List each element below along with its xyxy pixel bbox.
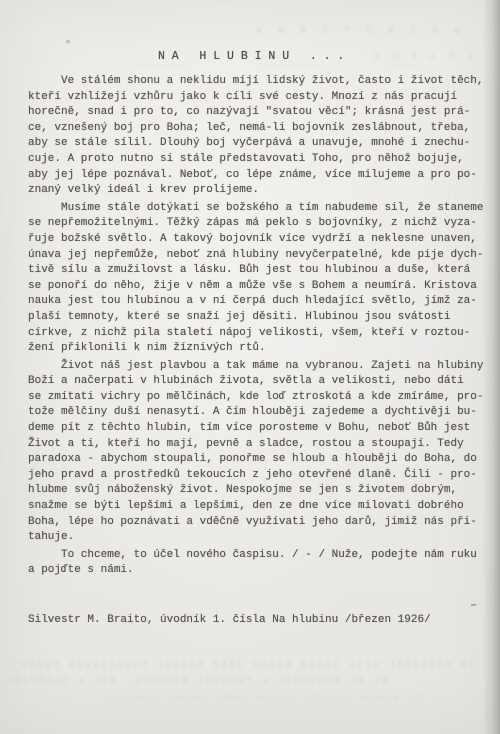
bleedthrough-ghost-text: ja podejmet vtls intag einto jmte nalver…	[35, 660, 475, 671]
paragraph: Musíme stále dotýkati se božského a tím …	[28, 201, 488, 357]
paragraph: To chceme, to účel nového časpisu. / - /…	[28, 548, 488, 579]
text-line: Musíme stále dotýkati se božského a tím …	[28, 201, 488, 217]
document-body: Ve stálém shonu a neklidu míjí lidský ži…	[28, 74, 488, 581]
text-line: plaší temnoty, které se snaží jej děsiti…	[28, 310, 488, 326]
text-line: se zmítati vichry po mělčinách, kde loď …	[28, 390, 488, 406]
text-line: aby jej lépe poznával. Neboť, co lépe zn…	[28, 168, 488, 184]
text-line: Ve stálém shonu a neklidu míjí lidský ži…	[28, 74, 488, 90]
text-line: Život a ti, kteří ho mají, pevně a sladc…	[28, 437, 488, 453]
text-line: cuje. A proto nutno si stále představova…	[28, 152, 488, 168]
text-line: únava jej nepřemůže, neboť zná hlubiny n…	[28, 248, 488, 264]
text-line: aby se stále sílil. Dlouhý boj vyčerpává…	[28, 136, 488, 152]
text-line: tahuje.	[28, 530, 488, 546]
text-line: snažme se býti lepšími a lepšími, den ze…	[28, 499, 488, 515]
text-line: řuje božské světlo. A takový bojovník ví…	[28, 232, 488, 248]
text-line: Boží a načerpati v hlubinách života, svě…	[28, 374, 488, 390]
text-line: žení přiklonili k nim žíznivých rtů.	[28, 341, 488, 357]
text-line: Život náš jest plavbou a tak máme na vyb…	[28, 359, 488, 375]
text-line: znaný velký ideál i krev prolijeme.	[28, 183, 488, 199]
bleedthrough-ghost-text: to ktere svrchu cisle jako nejen vratili	[112, 693, 422, 704]
text-line: se nepřemožitelnými. Těžký zápas má pekl…	[28, 216, 488, 232]
text-line: ce, vznešený boj pro Boha; leč, nemá-li …	[28, 121, 488, 137]
bleedthrough-ghost-text: I M X A O E	[338, 52, 473, 62]
text-line: Boha, lépe ho poznávati a vděčně využíva…	[28, 515, 488, 531]
text-line: horečně, snad i pro to, co nazývají "sva…	[28, 105, 488, 121]
bleedthrough-ghost-text: W A I X O T I G H W	[235, 26, 460, 37]
text-line: tivě sílu a zmužilovst a lásku. Bůh jest…	[28, 263, 488, 279]
scanned-page: W A I X O T I G H W I M X A O E N A H L …	[0, 0, 500, 734]
attribution-line: Silvestr M. Braito, úvodník 1. čísla Na …	[28, 614, 431, 626]
text-line: deme pít z těchto hlubin, tím více poros…	[28, 421, 488, 437]
document-title: N A H L U B I N U . . .	[158, 50, 344, 63]
pencil-dash-mark: –	[470, 598, 478, 612]
text-line: nauka jest tou hlubinou a v ní čerpá duc…	[28, 294, 488, 310]
text-line: jeho pravd a prostředků tekoucích z jeho…	[28, 468, 488, 484]
text-line: To chceme, to účel nového časpisu. / - /…	[28, 548, 488, 564]
paragraph: Ve stálém shonu a neklidu míjí lidský ži…	[28, 74, 488, 199]
text-line: se ponoří do něho, žije v něm a může vše…	[28, 279, 488, 295]
text-line: církve, z nichž pila staletí nápoj velik…	[28, 326, 488, 342]
text-line: paradoxa - abychom stoupali, ponořme se …	[28, 452, 488, 468]
text-line: hlubme svůj náboženský život. Nespokojme…	[28, 483, 488, 499]
paper-speck	[66, 40, 70, 43]
text-line: a pojďte s námi.	[28, 563, 488, 579]
bleedthrough-ghost-text: by se dopinale v rozmyal dlenuti, ale v …	[58, 676, 388, 687]
text-line: kteří vzhlížejí vzhůru jako k cíli své c…	[28, 90, 488, 106]
paragraph: Život náš jest plavbou a tak máme na vyb…	[28, 359, 488, 546]
text-line: tože mělčiny duší nenasytí. A čím hloubě…	[28, 405, 488, 421]
